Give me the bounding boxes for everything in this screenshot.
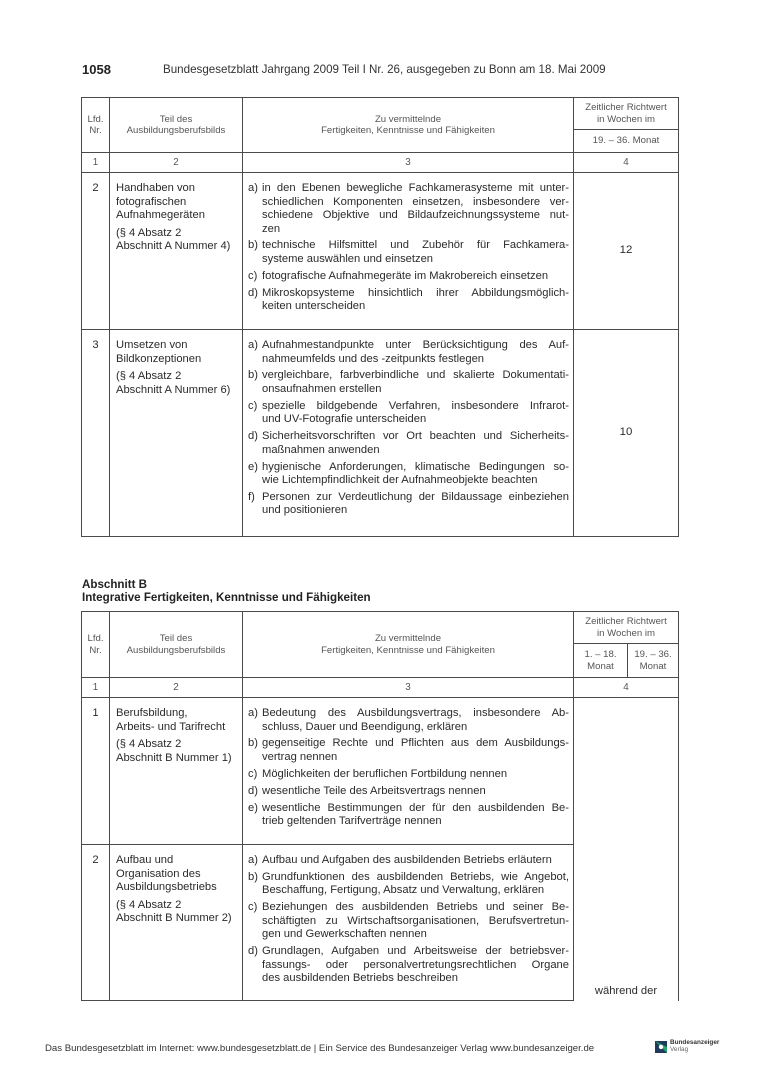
header-sub-19-36: 19. – 36. Monat [574,130,679,153]
item-label: d) [248,287,262,314]
paragraph-reference: (§ 4 Absatz 2Abschnitt A Nummer 4) [116,227,238,254]
skill-item: a)Aufbau und Aufgaben des ausbildenden B… [248,854,569,868]
header-sub-19-36: 19. – 36. Monat [628,644,679,678]
page-number: 1058 [82,62,111,77]
paragraph-reference: (§ 4 Absatz 2Abschnitt A Nummer 6) [116,370,238,397]
table-row: 3Umsetzen vonBildkonzeptionen(§ 4 Absatz… [82,330,679,537]
row-number: 2 [82,173,110,330]
skill-item: c)Möglichkeiten der beruflichen Fortbild… [248,768,569,782]
header-richtwert: Zeitlicher Richtwert in Wochen im [574,612,679,644]
berufsbild-teil: Berufsbildung,Arbeits- und Tarifrecht(§ … [110,698,243,845]
row-number: 3 [82,330,110,537]
column-number-row: 1 2 3 4 [82,153,679,173]
header-inhalt: Zu vermittelnde Fertigkeiten, Kenntnisse… [243,98,574,153]
header-sub-1-18: 1. – 18. Monat [574,644,628,678]
header-lfd-nr: Lfd. Nr. [82,98,110,153]
table-row: 2Handhaben vonfotografischenAufnahmegerä… [82,173,679,330]
table-row: 1Berufsbildung,Arbeits- und Tarifrecht(§… [82,698,679,845]
item-label: e) [248,802,262,829]
skill-item: c)fotografische Aufnahmegeräte im Makrob… [248,270,569,284]
logo-text: Bundesanzeiger Verlag [670,1039,719,1053]
skill-item: b)technische Hilfsmittel und Zubehör für… [248,239,569,266]
item-label: c) [248,768,262,782]
item-label: c) [248,400,262,427]
footer-text: Das Bundesgesetzblatt im Internet: www.b… [45,1043,594,1054]
header-teil: Teil des Ausbildungsberufsbilds [110,98,243,153]
item-label: a) [248,854,262,868]
row-number: 2 [82,845,110,1001]
skill-item: a)Bedeutung des Ausbildungsvertrags, ins… [248,707,569,734]
skill-item: e)wesentliche Bestimmungen der für den a… [248,802,569,829]
header-inhalt: Zu vermittelnde Fertigkeiten, Kenntnisse… [243,612,574,678]
skill-item: a)Aufnahmestandpunkte unter Berücksichti… [248,339,569,366]
skill-item: a)in den Ebenen bewegliche Fachkamerasys… [248,182,569,236]
skills-list: a)in den Ebenen bewegliche Fachkamerasys… [243,173,574,330]
column-number-row: 1 2 3 4 [82,678,679,698]
skill-item: c)Beziehungen des ausbildenden Betriebs … [248,901,569,942]
item-label: a) [248,339,262,366]
running-head: Bundesgesetzblatt Jahrgang 2009 Teil I N… [163,63,606,76]
header-teil: Teil des Ausbildungsberufsbilds [110,612,243,678]
item-label: f) [248,491,262,518]
publisher-logo: Bundesanzeiger Verlag [655,1039,719,1053]
item-label: a) [248,182,262,236]
merged-weeks-cell: während der [574,698,679,1001]
header-richtwert: Zeitlicher Richtwert in Wochen im [574,98,679,130]
merged-weeks-text: während der [574,985,678,999]
paragraph-reference: (§ 4 Absatz 2Abschnitt B Nummer 1) [116,738,238,765]
item-label: a) [248,707,262,734]
skill-item: b)vergleichbare, farbverbindliche und sk… [248,369,569,396]
skill-item: d)Grundlagen, Aufgaben und Arbeitsweise … [248,945,569,986]
skill-item: d)Sicherheitsvorschriften vor Ort beacht… [248,430,569,457]
item-label: e) [248,461,262,488]
item-label: d) [248,430,262,457]
item-label: b) [248,871,262,898]
berufsbild-teil: Handhaben vonfotografischenAufnahmegerät… [110,173,243,330]
section-title: Abschnitt B [82,578,147,592]
weeks-value: 10 [574,330,679,537]
skill-item: f)Personen zur Verdeutlichung der Bildau… [248,491,569,518]
item-label: b) [248,737,262,764]
item-label: b) [248,239,262,266]
table-abschnitt-b: Lfd. Nr. Teil des Ausbildungsberufsbilds… [81,611,679,1001]
skill-item: b)gegenseitige Rechte und Pflichten aus … [248,737,569,764]
paragraph-reference: (§ 4 Absatz 2Abschnitt B Nummer 2) [116,899,238,926]
item-label: d) [248,785,262,799]
skills-list: a)Aufnahmestandpunkte unter Berücksichti… [243,330,574,537]
section-subtitle: Integrative Fertigkeiten, Kenntnisse und… [82,591,371,605]
skill-item: c)spezielle bildgebende Verfahren, insbe… [248,400,569,427]
row-number: 1 [82,698,110,845]
skill-item: b)Grundfunktionen des ausbildenden Betri… [248,871,569,898]
skills-list: a)Aufbau und Aufgaben des ausbildenden B… [243,845,574,1001]
item-label: d) [248,945,262,986]
skill-item: d)wesentliche Teile des Arbeitsvertrags … [248,785,569,799]
bundesanzeiger-logo-icon [655,1040,667,1052]
weeks-value: 12 [574,173,679,330]
berufsbild-teil: Aufbau undOrganisation desAusbildungsbet… [110,845,243,1001]
skill-item: d)Mikroskopsysteme hinsichtlich ihrer Ab… [248,287,569,314]
item-label: c) [248,901,262,942]
berufsbild-teil: Umsetzen vonBildkonzeptionen(§ 4 Absatz … [110,330,243,537]
skill-item: e)hygienische Anforderungen, klimatische… [248,461,569,488]
skills-list: a)Bedeutung des Ausbildungsvertrags, ins… [243,698,574,845]
item-label: b) [248,369,262,396]
header-lfd-nr: Lfd. Nr. [82,612,110,678]
item-label: c) [248,270,262,284]
table-abschnitt-a: Lfd. Nr. Teil des Ausbildungsberufsbilds… [81,97,679,537]
